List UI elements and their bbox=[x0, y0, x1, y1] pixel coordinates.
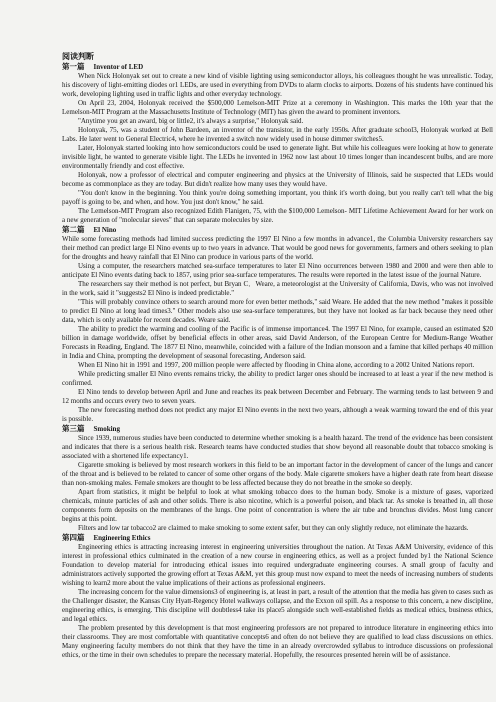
paragraph: The ability to predict the warming and c… bbox=[62, 325, 493, 361]
section-engineering-ethics: 第四篇Engineering Ethics Engineering ethics… bbox=[62, 533, 493, 660]
paragraph: The new forecasting method does not pred… bbox=[62, 406, 493, 424]
paragraph: Filters and low tar tobacco2 are claimed… bbox=[62, 524, 493, 533]
paragraph: Later, Holonyak started looking into how… bbox=[62, 144, 493, 171]
page-title: 阅读判断 bbox=[62, 52, 493, 62]
paragraph: When El Nino hit in 1991 and 1997, 200 m… bbox=[62, 361, 493, 370]
section-smoking: 第三篇Smoking Since 1939, numerous studies … bbox=[62, 424, 493, 533]
paragraph: Holonyak, now a professor of electrical … bbox=[62, 171, 493, 189]
section-number: 第三篇 bbox=[62, 424, 85, 433]
paragraph: El Nino tends to develop between April a… bbox=[62, 388, 493, 406]
section-number: 第二篇 bbox=[62, 225, 85, 234]
paragraph: The researchers say their method is not … bbox=[62, 280, 493, 298]
section-inventor-of-led: 第一篇Inventor of LED When Nick Holonyak se… bbox=[62, 62, 493, 225]
paragraph: When Nick Holonyak set out to create a n… bbox=[62, 72, 493, 99]
paragraph: Engineering ethics is attracting increas… bbox=[62, 543, 493, 588]
paragraph: Cigarette smoking is believed by most re… bbox=[62, 461, 493, 488]
section-title: Smoking bbox=[94, 425, 120, 433]
section-title: El Nino bbox=[94, 226, 117, 234]
paragraph: The problem presented by this developmen… bbox=[62, 624, 493, 660]
section-heading: 第四篇Engineering Ethics bbox=[62, 533, 493, 543]
section-number: 第四篇 bbox=[62, 533, 85, 542]
section-title: Engineering Ethics bbox=[94, 534, 151, 542]
paragraph: While predicting smaller El Nino events … bbox=[62, 370, 493, 388]
section-heading: 第一篇Inventor of LED bbox=[62, 62, 493, 72]
section-heading: 第三篇Smoking bbox=[62, 424, 493, 434]
section-title: Inventor of LED bbox=[94, 63, 144, 71]
paragraph: On April 23, 2004, Holonyak received the… bbox=[62, 99, 493, 117]
paragraph: While some forecasting methods had limit… bbox=[62, 235, 493, 262]
paragraph: Apart from statistics, it might be helpf… bbox=[62, 488, 493, 524]
paragraph: The increasing concern for the value dim… bbox=[62, 588, 493, 624]
paragraph: "This will probably convince others to s… bbox=[62, 298, 493, 325]
paragraph: Since 1939, numerous studies have been c… bbox=[62, 434, 493, 461]
paragraph: The Lemelson-MIT Program also recognized… bbox=[62, 207, 493, 225]
section-number: 第一篇 bbox=[62, 62, 85, 71]
paragraph: Using a computer, the researchers matche… bbox=[62, 262, 493, 280]
document-page: 阅读判断 第一篇Inventor of LED When Nick Holony… bbox=[62, 52, 493, 660]
paragraph: "Anytime you get an award, big or little… bbox=[62, 117, 493, 126]
paragraph: "You don't know in the beginning. You th… bbox=[62, 189, 493, 207]
section-heading: 第二篇El Nino bbox=[62, 225, 493, 235]
paragraph: Holonyak, 75, was a student of John Bard… bbox=[62, 126, 493, 144]
section-el-nino: 第二篇El Nino While some forecasting method… bbox=[62, 225, 493, 424]
